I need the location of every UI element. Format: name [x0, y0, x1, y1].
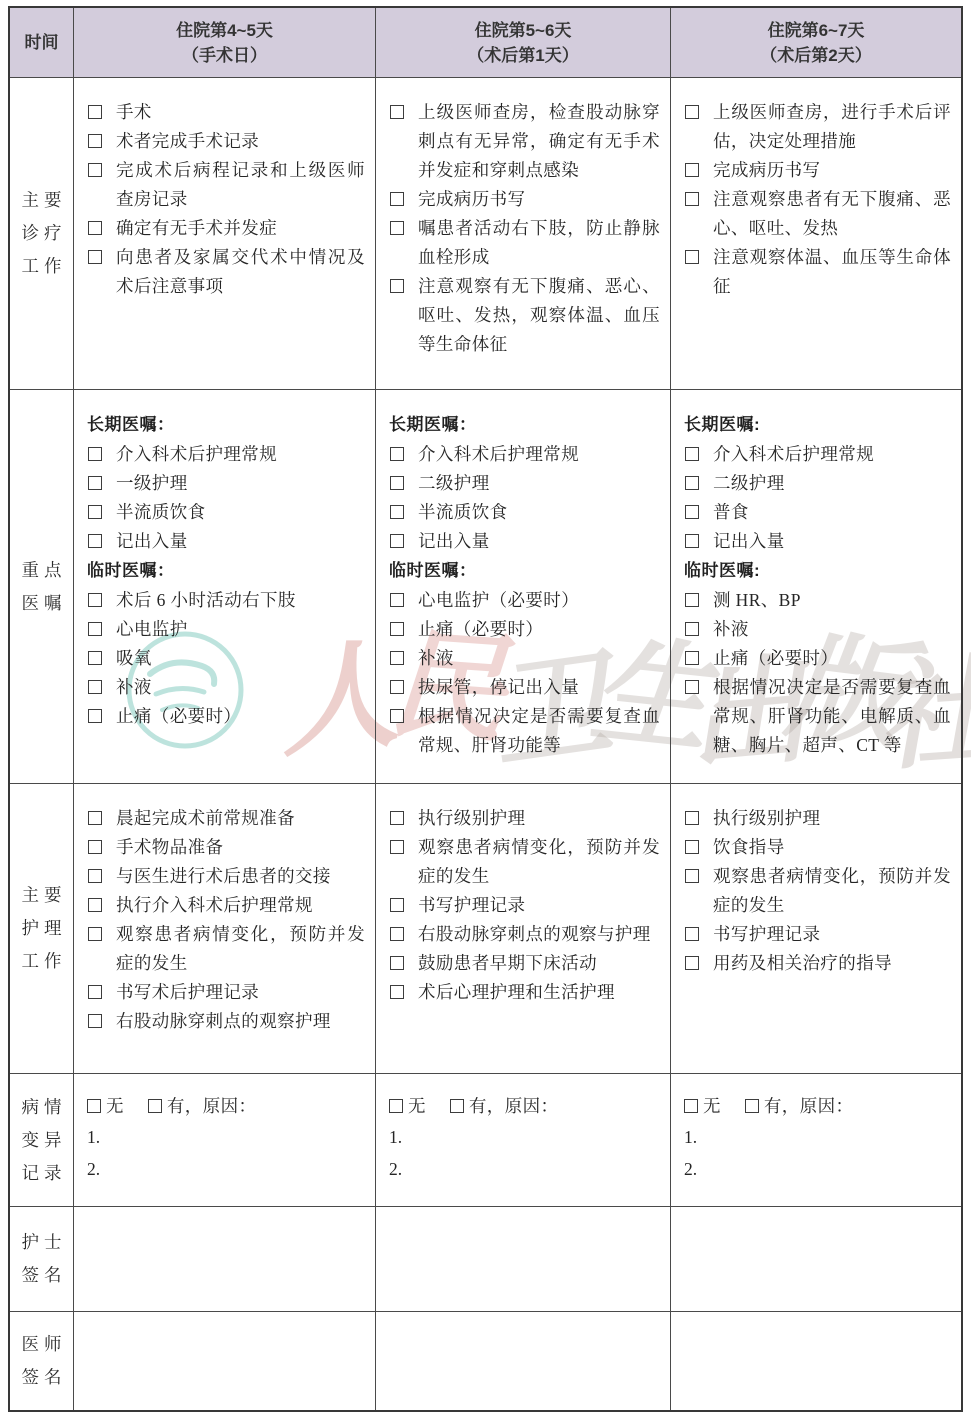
variation-reason-line: 1.: [389, 1121, 660, 1153]
checkbox[interactable]: [88, 811, 102, 825]
checkbox[interactable]: [685, 192, 699, 206]
checkbox[interactable]: [390, 898, 404, 912]
checklist-item: 完成病历书写: [389, 185, 660, 214]
checkbox[interactable]: [390, 593, 404, 607]
order-section-title: 长期医嘱:: [684, 410, 951, 440]
checklist-item: 观察患者病情变化，预防并发症的发生: [87, 920, 365, 978]
cell-nursing-work-col1: 晨起完成术前常规准备手术物品准备与医生进行术后患者的交接执行介入科术后护理常规观…: [74, 784, 376, 1074]
checkbox[interactable]: [390, 476, 404, 490]
checklist-item: 止痛（必要时）: [87, 702, 365, 731]
checklist-item-text: 观察患者病情变化，预防并发症的发生: [418, 837, 660, 886]
checklist-item-text: 补液: [418, 648, 454, 668]
checkbox[interactable]: [685, 840, 699, 854]
checklist-item: 确定有无手术并发症: [87, 214, 365, 243]
checkbox[interactable]: [390, 221, 404, 235]
checklist-item-text: 补液: [713, 619, 749, 639]
checklist-key-orders-col2: 心电监护（必要时）止痛（必要时）补液拔尿管，停记出入量根据情况决定是否需要复查血…: [389, 586, 660, 760]
row-label-line: 医嘱: [17, 587, 67, 620]
checklist-item: 心电监护: [87, 615, 365, 644]
variation-option: 无: [87, 1096, 124, 1116]
checklist-item-text: 二级护理: [418, 473, 490, 493]
variation-options: 无有，原因：: [389, 1091, 660, 1121]
checkbox[interactable]: [390, 811, 404, 825]
checklist-diagnosis-work-col1: 手术术者完成手术记录完成术后病程记录和上级医师查房记录确定有无手术并发症向患者及…: [87, 98, 365, 301]
checklist-item-text: 止痛（必要时）: [418, 619, 543, 639]
variation-options: 无有，原因：: [87, 1091, 365, 1121]
checklist-item: 观察患者病情变化，预防并发症的发生: [684, 862, 951, 920]
checkbox[interactable]: [685, 163, 699, 177]
checkbox[interactable]: [88, 163, 102, 177]
cell-key-orders-col2: 长期医嘱：介入科术后护理常规二级护理半流质饮食记出入量临时医嘱：心电监护（必要时…: [376, 390, 671, 784]
checklist-item: 注意观察患者有无下腹痛、恶心、呕吐、发热: [684, 185, 951, 243]
checklist-item-text: 拔尿管，停记出入量: [418, 677, 579, 697]
checkbox[interactable]: [685, 593, 699, 607]
checklist-item-text: 观察患者病情变化，预防并发症的发生: [116, 924, 365, 973]
checklist-item-text: 介入科术后护理常规: [116, 444, 277, 464]
checkbox[interactable]: [390, 447, 404, 461]
checklist-item-text: 补液: [116, 677, 152, 697]
checkbox[interactable]: [88, 985, 102, 999]
variation-reason-line: 1.: [684, 1121, 951, 1153]
checklist-item-text: 记出入量: [713, 531, 785, 551]
checklist-item-text: 止痛（必要时）: [713, 648, 838, 668]
checklist-item: 术后 6 小时活动右下肢: [87, 586, 365, 615]
checkbox[interactable]: [88, 221, 102, 235]
checklist-item: 止痛（必要时）: [684, 644, 951, 673]
checklist-item-text: 观察患者病情变化，预防并发症的发生: [713, 866, 951, 915]
checklist-item-text: 上级医师查房，检查股动脉穿刺点有无异常，确定有无手术并发症和穿刺点感染: [418, 102, 660, 180]
checklist-key-orders-col3: 介入科术后护理常规二级护理普食记出入量: [684, 440, 951, 556]
checklist-item-text: 吸氧: [116, 648, 152, 668]
checklist-item-text: 测 HR、BP: [713, 590, 801, 610]
checkbox[interactable]: [390, 927, 404, 941]
checkbox[interactable]: [685, 105, 699, 119]
variation-option: 有，原因：: [745, 1096, 854, 1116]
checkbox[interactable]: [685, 505, 699, 519]
checklist-item: 补液: [389, 644, 660, 673]
checklist-nursing-work-col2: 执行级别护理观察患者病情变化，预防并发症的发生书写护理记录右股动脉穿刺点的观察与…: [389, 804, 660, 1007]
cell-variation-record-col3: 无有，原因：1.2.: [671, 1074, 961, 1207]
checklist-item: 完成术后病程记录和上级医师查房记录: [87, 156, 365, 214]
row-label-line: 工作: [17, 250, 67, 283]
checklist-nursing-work-col1: 晨起完成术前常规准备手术物品准备与医生进行术后患者的交接执行介入科术后护理常规观…: [87, 804, 365, 1036]
checklist-item-text: 书写护理记录: [418, 895, 525, 915]
checklist-item-text: 记出入量: [418, 531, 490, 551]
header-time-label: 时间: [25, 30, 59, 55]
checklist-item: 记出入量: [389, 527, 660, 556]
checkbox[interactable]: [88, 250, 102, 264]
checkbox[interactable]: [88, 476, 102, 490]
cell-key-orders-col1: 长期医嘱：介入科术后护理常规一级护理半流质饮食记出入量临时医嘱：术后 6 小时活…: [74, 390, 376, 784]
header-day-6-7-line2: （术后第2天）: [760, 43, 871, 68]
checkbox[interactable]: [88, 134, 102, 148]
order-section-title: 临时医嘱：: [87, 556, 365, 586]
row-label-physician-signature: 医师签名: [10, 1312, 74, 1410]
checkbox[interactable]: [88, 651, 102, 665]
order-section-title: 长期医嘱：: [389, 410, 660, 440]
checklist-item-text: 确定有无手术并发症: [116, 218, 277, 238]
checkbox[interactable]: [390, 651, 404, 665]
checklist-diagnosis-work-col2: 上级医师查房，检查股动脉穿刺点有无异常，确定有无手术并发症和穿刺点感染完成病历书…: [389, 98, 660, 359]
checklist-item: 普食: [684, 498, 951, 527]
checklist-item: 注意观察体温、血压等生命体征: [684, 243, 951, 301]
row-label-line: 签名: [17, 1361, 67, 1394]
checkbox[interactable]: [390, 956, 404, 970]
order-section-title: 长期医嘱：: [87, 410, 365, 440]
row-label-line: 记录: [17, 1157, 67, 1190]
order-section-title: 临时医嘱:: [684, 556, 951, 586]
checklist-item: 晨起完成术前常规准备: [87, 804, 365, 833]
checklist-item-text: 术后心理护理和生活护理: [418, 982, 615, 1002]
variation-option-label: 无: [703, 1096, 721, 1116]
checkbox[interactable]: [88, 927, 102, 941]
header-time: 时间: [10, 8, 74, 78]
variation-option: 有，原因：: [148, 1096, 257, 1116]
checklist-item-text: 记出入量: [116, 531, 188, 551]
checkbox[interactable]: [685, 447, 699, 461]
checkbox[interactable]: [685, 651, 699, 665]
checklist-item: 用药及相关治疗的指导: [684, 949, 951, 978]
checkbox[interactable]: [88, 534, 102, 548]
row-label-line: 主要: [17, 879, 67, 912]
checklist-item-text: 介入科术后护理常规: [713, 444, 874, 464]
checkbox[interactable]: [684, 1099, 698, 1113]
checklist-item-text: 右股动脉穿刺点的观察与护理: [418, 924, 651, 944]
row-label-nursing-work: 主要护理工作: [10, 784, 74, 1074]
header-day-6-7: 住院第6~7天 （术后第2天）: [671, 8, 961, 78]
checklist-item: 测 HR、BP: [684, 586, 951, 615]
variation-reason-line: 2.: [389, 1153, 660, 1185]
checklist-item-text: 手术物品准备: [116, 837, 223, 857]
row-label-nurse-signature: 护士签名: [10, 1207, 74, 1312]
checklist-item-text: 完成术后病程记录和上级医师查房记录: [116, 160, 365, 209]
checklist-item: 拔尿管，停记出入量: [389, 673, 660, 702]
variation-reason-line: 2.: [684, 1153, 951, 1185]
checklist-item: 执行级别护理: [684, 804, 951, 833]
checklist-item: 鼓励患者早期下床活动: [389, 949, 660, 978]
variation-options: 无有，原因：: [684, 1091, 951, 1121]
row-label-variation-record: 病情变异记录: [10, 1074, 74, 1207]
checkbox[interactable]: [390, 192, 404, 206]
cell-variation-record-col1: 无有，原因：1.2.: [74, 1074, 376, 1207]
checkbox[interactable]: [390, 680, 404, 694]
checklist-item-text: 一级护理: [116, 473, 188, 493]
variation-option-label: 无: [408, 1096, 426, 1116]
checklist-item: 嘱患者活动右下肢，防止静脉血栓形成: [389, 214, 660, 272]
checklist-item-text: 术者完成手术记录: [116, 131, 259, 151]
header-day-5-6: 住院第5~6天 （术后第1天）: [376, 8, 671, 78]
header-day-4-5-line1: 住院第4~5天: [176, 18, 273, 43]
checklist-item-text: 心电监护: [116, 619, 188, 639]
checklist-item-text: 完成病历书写: [418, 189, 525, 209]
checklist-item: 记出入量: [87, 527, 365, 556]
checklist-item-text: 术后 6 小时活动右下肢: [116, 590, 296, 610]
checklist-item-text: 右股动脉穿刺点的观察护理: [116, 1011, 331, 1031]
checklist-item: 观察患者病情变化，预防并发症的发生: [389, 833, 660, 891]
cell-physician-signature-col3[interactable]: [671, 1312, 961, 1410]
checklist-item-text: 普食: [713, 502, 749, 522]
checklist-item-text: 半流质饮食: [116, 502, 206, 522]
checklist-item-text: 二级护理: [713, 473, 785, 493]
checkbox[interactable]: [390, 709, 404, 723]
header-day-5-6-line1: 住院第5~6天: [475, 18, 572, 43]
checklist-nursing-work-col3: 执行级别护理饮食指导观察患者病情变化，预防并发症的发生书写护理记录用药及相关治疗…: [684, 804, 951, 978]
checkbox[interactable]: [685, 622, 699, 636]
checklist-key-orders-col2: 介入科术后护理常规二级护理半流质饮食记出入量: [389, 440, 660, 556]
checklist-item: 心电监护（必要时）: [389, 586, 660, 615]
variation-option-label: 有，原因：: [764, 1096, 854, 1116]
checklist-item: 一级护理: [87, 469, 365, 498]
checkbox[interactable]: [88, 622, 102, 636]
checklist-item: 书写术后护理记录: [87, 978, 365, 1007]
checkbox[interactable]: [88, 1014, 102, 1028]
cell-diagnosis-work-col1: 手术术者完成手术记录完成术后病程记录和上级医师查房记录确定有无手术并发症向患者及…: [74, 78, 376, 390]
cell-key-orders-col3: 长期医嘱:介入科术后护理常规二级护理普食记出入量临时医嘱:测 HR、BP补液止痛…: [671, 390, 961, 784]
checklist-item: 术者完成手术记录: [87, 127, 365, 156]
checklist-item-text: 上级医师查房，进行手术后评估，决定处理措施: [713, 102, 951, 151]
checklist-item-text: 止痛（必要时）: [116, 706, 241, 726]
checklist-item-text: 晨起完成术前常规准备: [116, 808, 295, 828]
checklist-item-text: 嘱患者活动右下肢，防止静脉血栓形成: [418, 218, 660, 267]
variation-option-label: 有，原因：: [167, 1096, 257, 1116]
checklist-item: 补液: [684, 615, 951, 644]
checklist-item-text: 根据情况决定是否需要复查血常规、肝肾功能、电解质、血糖、胸片、超声、CT 等: [713, 677, 951, 755]
checkbox[interactable]: [390, 534, 404, 548]
order-section-title: 临时医嘱：: [389, 556, 660, 586]
variation-option-label: 无: [106, 1096, 124, 1116]
checkbox[interactable]: [88, 709, 102, 723]
checklist-item-text: 手术: [116, 102, 152, 122]
checkbox[interactable]: [450, 1099, 464, 1113]
cell-physician-signature-col1[interactable]: [74, 1312, 376, 1410]
checklist-item: 右股动脉穿刺点的观察护理: [87, 1007, 365, 1036]
checkbox[interactable]: [745, 1099, 759, 1113]
checklist-item-text: 介入科术后护理常规: [418, 444, 579, 464]
checklist-item-text: 执行级别护理: [713, 808, 820, 828]
checklist-item-text: 向患者及家属交代术中情况及术后注意事项: [116, 247, 365, 296]
checklist-item: 介入科术后护理常规: [87, 440, 365, 469]
checklist-item: 吸氧: [87, 644, 365, 673]
row-label-line: 病情: [17, 1091, 67, 1124]
checklist-diagnosis-work-col3: 上级医师查房，进行手术后评估，决定处理措施完成病历书写注意观察患者有无下腹痛、恶…: [684, 98, 951, 301]
cell-variation-record-col2: 无有，原因：1.2.: [376, 1074, 671, 1207]
checkbox[interactable]: [685, 927, 699, 941]
checklist-item: 书写护理记录: [684, 920, 951, 949]
checklist-item-text: 根据情况决定是否需要复查血常规、肝肾功能等: [418, 706, 660, 755]
checkbox[interactable]: [390, 985, 404, 999]
cell-nurse-signature-col2[interactable]: [376, 1207, 671, 1312]
variation-option: 无: [684, 1096, 721, 1116]
header-day-6-7-line1: 住院第6~7天: [768, 18, 865, 43]
checkbox[interactable]: [390, 105, 404, 119]
checklist-item: 注意观察有无下腹痛、恶心、呕吐、发热，观察体温、血压等生命体征: [389, 272, 660, 359]
checklist-item: 记出入量: [684, 527, 951, 556]
row-label-line: 变异: [17, 1124, 67, 1157]
checklist-item: 二级护理: [684, 469, 951, 498]
checklist-item-text: 注意观察体温、血压等生命体征: [713, 247, 951, 296]
checklist-item-text: 半流质饮食: [418, 502, 508, 522]
variation-reason-line: 2.: [87, 1153, 365, 1185]
checklist-item: 手术物品准备: [87, 833, 365, 862]
row-label-line: 诊疗: [17, 217, 67, 250]
checkbox[interactable]: [685, 534, 699, 548]
row-label-key-orders: 重点医嘱: [10, 390, 74, 784]
checkbox[interactable]: [390, 622, 404, 636]
checklist-item-text: 用药及相关治疗的指导: [713, 953, 892, 973]
header-day-5-6-line2: （术后第1天）: [467, 43, 578, 68]
cell-nursing-work-col2: 执行级别护理观察患者病情变化，预防并发症的发生书写护理记录右股动脉穿刺点的观察与…: [376, 784, 671, 1074]
checklist-item: 完成病历书写: [684, 156, 951, 185]
checklist-key-orders-col1: 术后 6 小时活动右下肢心电监护吸氧补液止痛（必要时）: [87, 586, 365, 731]
checkbox[interactable]: [390, 279, 404, 293]
checkbox[interactable]: [88, 505, 102, 519]
cell-nurse-signature-col1[interactable]: [74, 1207, 376, 1312]
header-day-4-5-line2: （手术日）: [182, 43, 267, 68]
checkbox[interactable]: [685, 811, 699, 825]
checkbox[interactable]: [88, 105, 102, 119]
checkbox[interactable]: [88, 447, 102, 461]
checklist-item: 执行介入科术后护理常规: [87, 891, 365, 920]
cell-diagnosis-work-col3: 上级医师查房，进行手术后评估，决定处理措施完成病历书写注意观察患者有无下腹痛、恶…: [671, 78, 961, 390]
checkbox[interactable]: [88, 869, 102, 883]
checkbox[interactable]: [390, 840, 404, 854]
row-label-line: 医师: [17, 1328, 67, 1361]
cell-nursing-work-col3: 执行级别护理饮食指导观察患者病情变化，预防并发症的发生书写护理记录用药及相关治疗…: [671, 784, 961, 1074]
checklist-item: 止痛（必要时）: [389, 615, 660, 644]
checkbox[interactable]: [685, 956, 699, 970]
checkbox[interactable]: [685, 869, 699, 883]
checklist-item-text: 执行介入科术后护理常规: [116, 895, 313, 915]
row-label-line: 重点: [17, 554, 67, 587]
checkbox[interactable]: [390, 505, 404, 519]
checklist-item-text: 执行级别护理: [418, 808, 525, 828]
checklist-item-text: 饮食指导: [713, 837, 785, 857]
checklist-item: 根据情况决定是否需要复查血常规、肝肾功能等: [389, 702, 660, 760]
checklist-item-text: 书写术后护理记录: [116, 982, 259, 1002]
cell-physician-signature-col2[interactable]: [376, 1312, 671, 1410]
checkbox[interactable]: [87, 1099, 101, 1113]
checklist-item: 手术: [87, 98, 365, 127]
row-label-line: 签名: [17, 1259, 67, 1292]
variation-reason-line: 1.: [87, 1121, 365, 1153]
checklist-item: 上级医师查房，进行手术后评估，决定处理措施: [684, 98, 951, 156]
checklist-item: 术后心理护理和生活护理: [389, 978, 660, 1007]
checklist-key-orders-col3: 测 HR、BP补液止痛（必要时）根据情况决定是否需要复查血常规、肝肾功能、电解质…: [684, 586, 951, 760]
variation-option: 有，原因：: [450, 1096, 559, 1116]
cell-nurse-signature-col3[interactable]: [671, 1207, 961, 1312]
checklist-item-text: 注意观察患者有无下腹痛、恶心、呕吐、发热: [713, 189, 951, 238]
checkbox[interactable]: [148, 1099, 162, 1113]
row-label-line: 主要: [17, 184, 67, 217]
checklist-item-text: 注意观察有无下腹痛、恶心、呕吐、发热，观察体温、血压等生命体征: [418, 276, 660, 354]
checklist-item: 介入科术后护理常规: [389, 440, 660, 469]
checklist-item: 补液: [87, 673, 365, 702]
checkbox[interactable]: [685, 250, 699, 264]
checkbox[interactable]: [685, 680, 699, 694]
row-label-line: 护理: [17, 912, 67, 945]
row-label-diagnosis-work: 主要诊疗工作: [10, 78, 74, 390]
checkbox[interactable]: [389, 1099, 403, 1113]
checklist-item: 右股动脉穿刺点的观察与护理: [389, 920, 660, 949]
checkbox[interactable]: [88, 680, 102, 694]
checklist-item-text: 与医生进行术后患者的交接: [116, 866, 331, 886]
checklist-item-text: 书写护理记录: [713, 924, 820, 944]
checkbox[interactable]: [685, 476, 699, 490]
row-label-line: 工作: [17, 945, 67, 978]
checklist-item: 半流质饮食: [87, 498, 365, 527]
checkbox[interactable]: [88, 593, 102, 607]
pathway-table: 时间 住院第4~5天 （手术日） 住院第5~6天 （术后第1天） 住院第6~7天…: [8, 6, 963, 1412]
cell-diagnosis-work-col2: 上级医师查房，检查股动脉穿刺点有无异常，确定有无手术并发症和穿刺点感染完成病历书…: [376, 78, 671, 390]
checklist-item: 向患者及家属交代术中情况及术后注意事项: [87, 243, 365, 301]
header-day-4-5: 住院第4~5天 （手术日）: [74, 8, 376, 78]
variation-option-label: 有，原因：: [469, 1096, 559, 1116]
checklist-item-text: 鼓励患者早期下床活动: [418, 953, 597, 973]
checkbox[interactable]: [88, 898, 102, 912]
checklist-item: 与医生进行术后患者的交接: [87, 862, 365, 891]
checkbox[interactable]: [88, 840, 102, 854]
variation-option: 无: [389, 1096, 426, 1116]
row-label-line: 护士: [17, 1226, 67, 1259]
checklist-item: 半流质饮食: [389, 498, 660, 527]
checklist-item: 二级护理: [389, 469, 660, 498]
checklist-item: 上级医师查房，检查股动脉穿刺点有无异常，确定有无手术并发症和穿刺点感染: [389, 98, 660, 185]
checklist-item-text: 心电监护（必要时）: [418, 590, 579, 610]
checklist-item: 介入科术后护理常规: [684, 440, 951, 469]
checklist-item: 饮食指导: [684, 833, 951, 862]
checklist-item: 书写护理记录: [389, 891, 660, 920]
checklist-key-orders-col1: 介入科术后护理常规一级护理半流质饮食记出入量: [87, 440, 365, 556]
checklist-item-text: 完成病历书写: [713, 160, 820, 180]
checklist-item: 执行级别护理: [389, 804, 660, 833]
checklist-item: 根据情况决定是否需要复查血常规、肝肾功能、电解质、血糖、胸片、超声、CT 等: [684, 673, 951, 760]
